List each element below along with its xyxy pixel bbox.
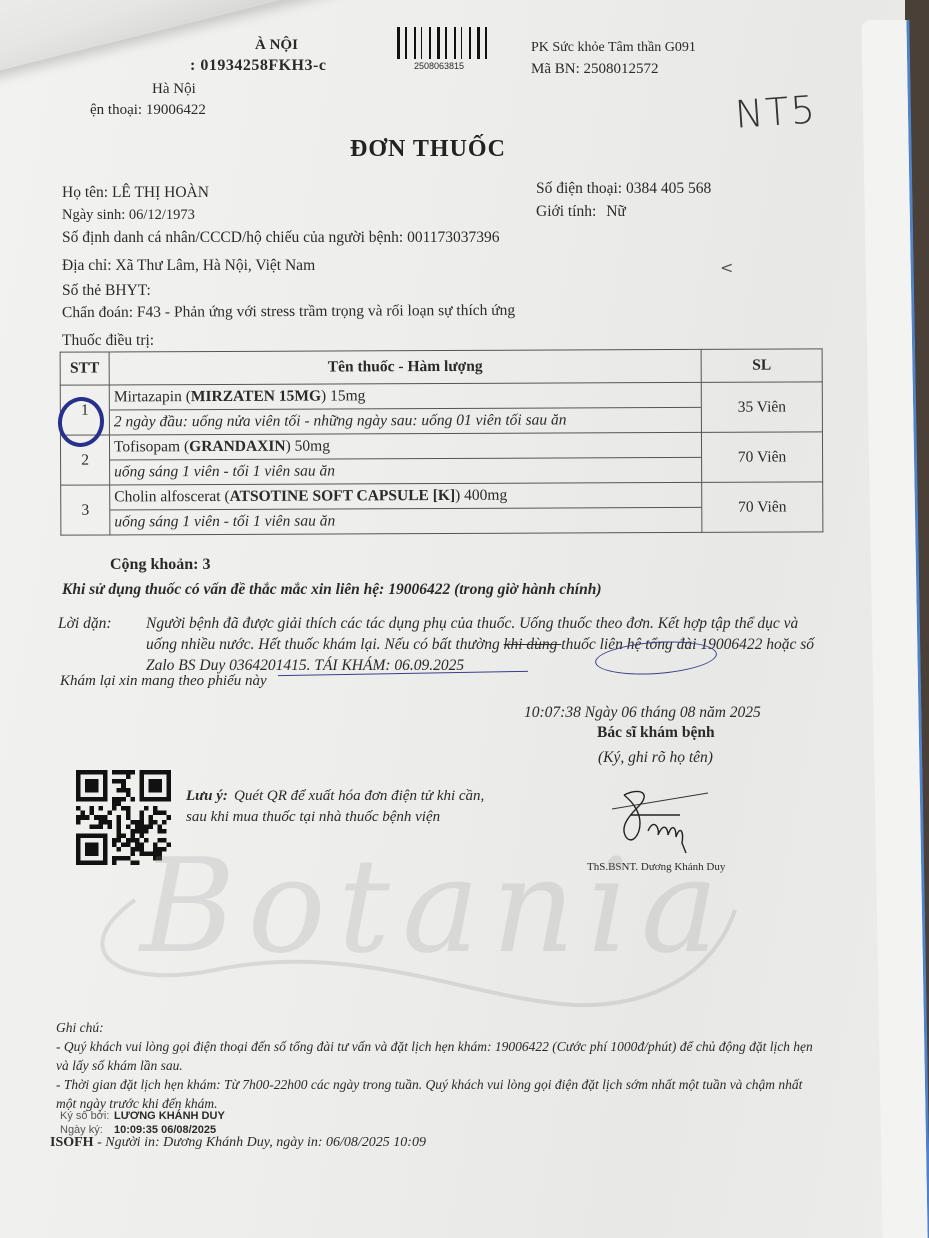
patient-code: Mã BN: 2508012572 bbox=[531, 61, 659, 78]
treatment-label: Thuốc điều trị: bbox=[62, 332, 154, 350]
handwritten-mark: NT5 bbox=[734, 87, 819, 137]
dosage-instructions: uống sáng 1 viên - tối 1 viên sau ăn bbox=[110, 507, 701, 535]
brand-name: ATSOTINE SOFT CAPSULE [K] bbox=[230, 487, 456, 505]
bring-note: Khám lại xin mang theo phiếu này bbox=[60, 673, 267, 690]
total-items: Cộng khoản: 3 bbox=[110, 556, 210, 574]
barcode-number: 2508063815 bbox=[414, 61, 464, 71]
table-row: 1Mirtazapin (MIRZATEN 15MG) 15mg2 ngày đ… bbox=[60, 382, 822, 435]
pen-tick-mark: < bbox=[720, 258, 733, 277]
clinic-name: PK Sức khỏe Tâm thần G091 bbox=[531, 40, 696, 56]
dosage-instructions: uống sáng 1 viên - tối 1 viên sau ăn bbox=[110, 457, 701, 485]
brand-name: GRANDAXIN bbox=[189, 438, 286, 455]
row-drug: Cholin alfoscerat (ATSOTINE SOFT CAPSULE… bbox=[110, 482, 702, 535]
watermark-swoosh bbox=[95, 880, 775, 1020]
patient-phone: Số điện thoại: 0384 405 568 bbox=[536, 180, 711, 198]
print-info: ISOFH - Người in: Dương Khánh Duy, ngày … bbox=[50, 1135, 426, 1151]
table-header-row: STT Tên thuốc - Hàm lượng SL bbox=[60, 349, 822, 385]
page-title: ĐƠN THUỐC bbox=[350, 136, 506, 163]
facility-phone: ện thoại: 19006422 bbox=[90, 102, 206, 119]
patient-address: Địa chỉ: Xã Thư Lâm, Hà Nội, Việt Nam bbox=[62, 257, 315, 275]
row-quantity: 70 Viên bbox=[701, 432, 822, 483]
col-stt: STT bbox=[60, 352, 109, 385]
facility-code: : 01934258FKH3-c bbox=[190, 57, 326, 75]
footer-notes: Ghi chú: - Quý khách vui lòng gọi điện t… bbox=[56, 1018, 826, 1113]
row-quantity: 70 Viên bbox=[702, 482, 823, 533]
insurance-number: Số thẻ BHYT: bbox=[62, 282, 151, 300]
col-drug-name: Tên thuốc - Hàm lượng bbox=[109, 349, 701, 385]
qr-note-text: Quét QR để xuất hóa đơn điện tử khi cần,… bbox=[186, 786, 486, 828]
table-row: 3Cholin alfoscerat (ATSOTINE SOFT CAPSUL… bbox=[61, 482, 823, 535]
facility-city: Hà Nội bbox=[152, 81, 196, 98]
hotline-notice: Khi sử dụng thuốc có vấn đề thắc mắc xin… bbox=[62, 581, 602, 599]
row-stt: 3 bbox=[61, 485, 110, 535]
barcode-icon bbox=[397, 27, 493, 59]
signature-datetime: 10:07:38 Ngày 06 tháng 08 năm 2025 bbox=[524, 704, 761, 722]
signature-role: Bác sĩ khám bệnh bbox=[597, 724, 715, 742]
row-drug: Tofisopam (GRANDAXIN) 50mguống sáng 1 vi… bbox=[109, 432, 701, 485]
row-drug: Mirtazapin (MIRZATEN 15MG) 15mg2 ngày đầ… bbox=[109, 382, 701, 435]
medications-table: STT Tên thuốc - Hàm lượng SL 1Mirtazapin… bbox=[60, 348, 824, 535]
patient-gender: Giới tính: Nữ bbox=[536, 203, 626, 221]
diagnosis: Chẩn đoán: F43 - Phản ứng với stress trầ… bbox=[62, 302, 515, 322]
signature-instruction: (Ký, ghi rõ họ tên) bbox=[598, 749, 713, 767]
dosage-instructions: 2 ngày đầu: uống nửa viên tối - những ng… bbox=[110, 407, 701, 435]
row-quantity: 35 Viên bbox=[701, 382, 822, 433]
col-quantity: SL bbox=[701, 349, 822, 383]
facility-name: À NỘI bbox=[255, 37, 298, 54]
patient-name: Họ tên: LÊ THỊ HOÀN bbox=[62, 184, 209, 202]
table-row: 2Tofisopam (GRANDAXIN) 50mguống sáng 1 v… bbox=[60, 432, 822, 485]
patient-id: Số định danh cá nhân/CCCD/hộ chiếu của n… bbox=[62, 229, 500, 247]
brand-name: MIRZATEN 15MG bbox=[191, 388, 321, 406]
patient-dob: Ngày sinh: 06/12/1973 bbox=[62, 207, 195, 224]
digital-signer: Ký số bởi:LƯƠNG KHÁNH DUY bbox=[60, 1110, 225, 1122]
